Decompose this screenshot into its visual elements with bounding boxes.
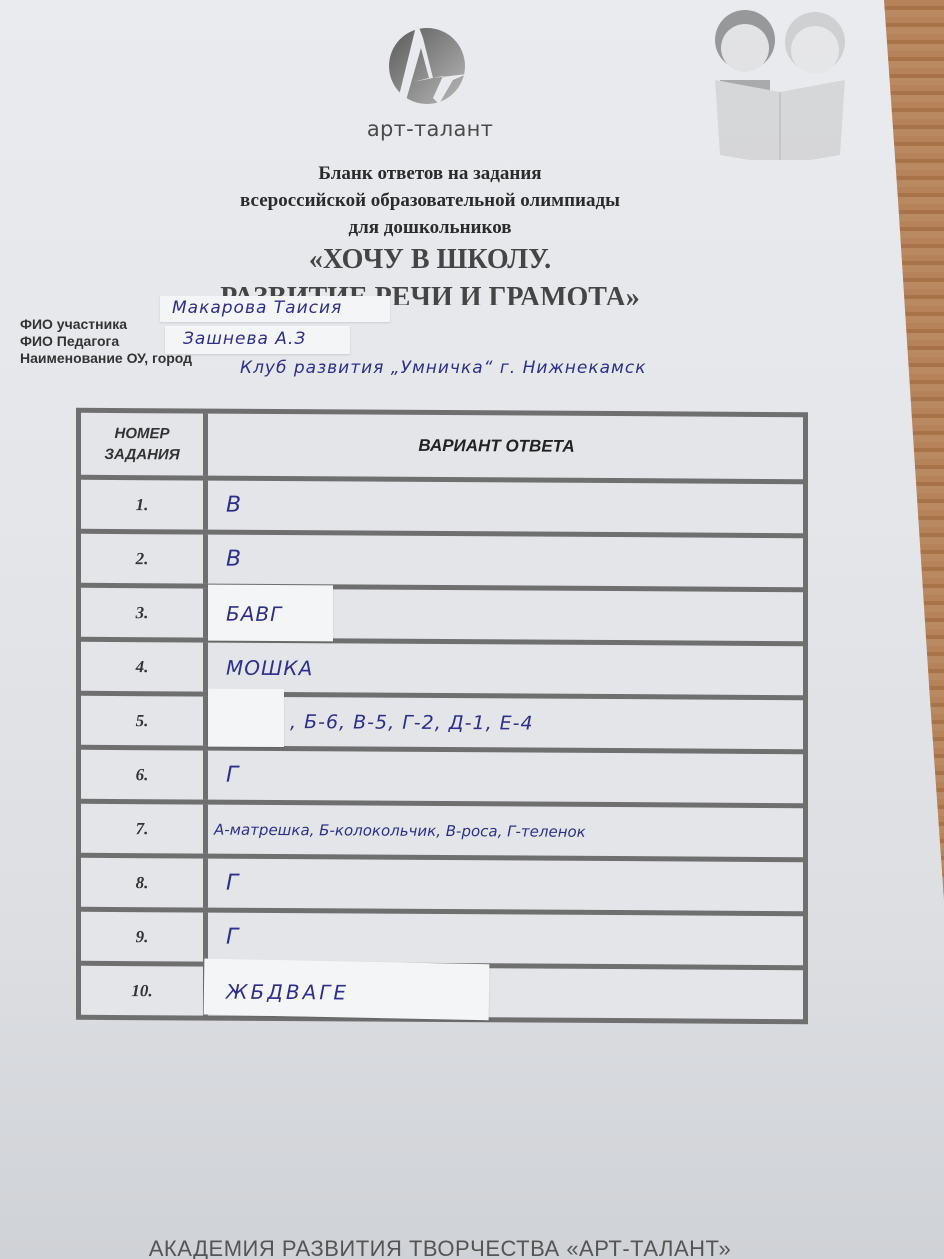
answer-value: Г bbox=[226, 871, 239, 896]
children-reading-book-icon bbox=[690, 0, 870, 160]
answer-value: МОШКА bbox=[226, 655, 313, 680]
participant-info: ФИО участника ФИО Педагога Наименование … bbox=[20, 316, 192, 367]
table-row: 4. МОШКА bbox=[81, 637, 803, 695]
teacher-label: ФИО Педагога bbox=[20, 333, 192, 350]
art-talant-logo-icon bbox=[383, 18, 471, 106]
table-row: 8. Г bbox=[81, 853, 803, 911]
answer-value: В bbox=[226, 547, 242, 572]
task-number: 5. bbox=[81, 696, 208, 746]
covered-answer-sticker bbox=[208, 688, 284, 746]
participant-label: ФИО участника bbox=[20, 316, 192, 333]
teacher-name-sticker: Зашнева А.З bbox=[165, 326, 350, 354]
table-row: 7. А-матрешка, Б-колокольчик, В-роса, Г-… bbox=[81, 799, 803, 857]
task-number: 4. bbox=[81, 642, 208, 692]
participant-name-value: Макарова Таисия bbox=[172, 298, 342, 318]
table-row: 9. Г bbox=[81, 907, 803, 965]
table-header: НОМЕР ЗАДАНИЯ ВАРИАНТ ОТВЕТА bbox=[81, 413, 803, 479]
title-line-2: всероссийской образовательной олимпиады bbox=[130, 187, 730, 214]
form-title: Бланк ответов на задания всероссийской о… bbox=[130, 160, 730, 305]
task-number: 6. bbox=[81, 750, 208, 800]
table-row: 5. , Б-6, В-5, Г-2, Д-1, Е-4 bbox=[81, 691, 803, 749]
task-number: 9. bbox=[81, 912, 208, 962]
task-number: 1. bbox=[81, 480, 208, 530]
brand-name: арт-талант bbox=[360, 117, 500, 141]
olympiad-name-line-1: «ХОЧУ В ШКОЛУ. bbox=[130, 241, 730, 279]
answer-value: Г bbox=[226, 763, 239, 788]
table-row: 10. ЖБДВАГЕ bbox=[81, 961, 803, 1019]
table-row: 2. В bbox=[81, 529, 803, 587]
answers-table: НОМЕР ЗАДАНИЯ ВАРИАНТ ОТВЕТА 1. В 2. В 3… bbox=[76, 408, 808, 1024]
table-row: 1. В bbox=[81, 475, 803, 533]
task-number: 7. bbox=[81, 804, 208, 854]
answer-value: , Б-6, В-5, Г-2, Д-1, Е-4 bbox=[290, 711, 534, 734]
title-line-1: Бланк ответов на задания bbox=[130, 160, 730, 187]
task-number: 2. bbox=[81, 534, 208, 584]
org-value: Клуб развития „Умничка“ г. Нижнекамск bbox=[240, 358, 646, 378]
title-line-3: для дошкольников bbox=[130, 214, 730, 241]
task-number: 3. bbox=[81, 588, 208, 638]
answer-value: Г bbox=[226, 925, 239, 950]
header-answer: ВАРИАНТ ОТВЕТА bbox=[208, 435, 785, 459]
teacher-name-value: Зашнева А.З bbox=[183, 329, 306, 349]
table-row: 6. Г bbox=[81, 745, 803, 803]
table-row: 3. БАВГ bbox=[81, 583, 803, 641]
participant-name-sticker: Макарова Таисия bbox=[160, 296, 390, 322]
answer-value: А-матрешка, Б-колокольчик, В-роса, Г-тел… bbox=[214, 820, 586, 840]
header-task-number: НОМЕР ЗАДАНИЯ bbox=[81, 413, 208, 476]
answer-value: В bbox=[226, 493, 242, 518]
footer-academy-name: АКАДЕМИЯ РАЗВИТИЯ ТВОРЧЕСТВА «АРТ-ТАЛАНТ… bbox=[130, 1236, 750, 1259]
task-number: 10. bbox=[81, 966, 208, 1016]
task-number: 8. bbox=[81, 858, 208, 908]
org-label: Наименование ОУ, город bbox=[20, 350, 192, 367]
answer-value: БАВГ bbox=[226, 601, 282, 625]
answer-value: ЖБДВАГЕ bbox=[226, 979, 349, 1004]
